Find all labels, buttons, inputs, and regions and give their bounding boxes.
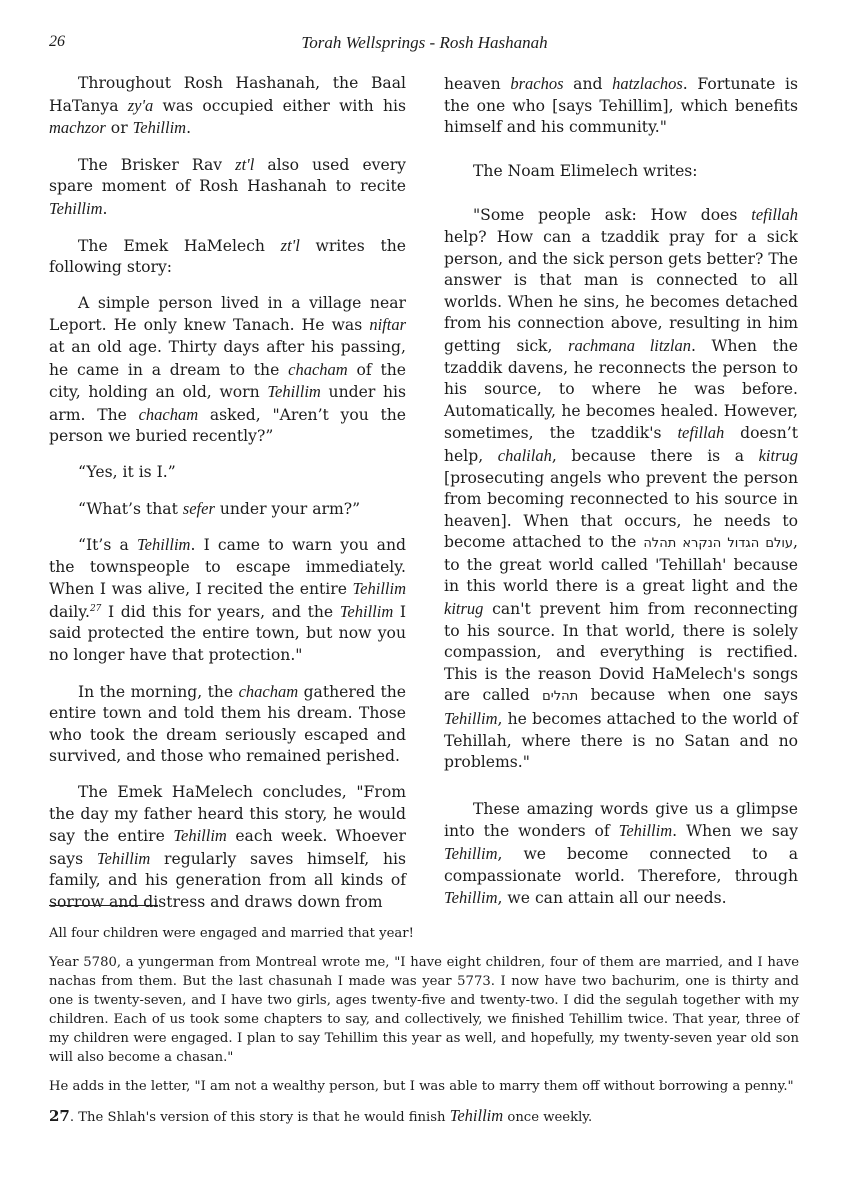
footnote-all-four-children: All four children were engaged and marri… [49, 924, 799, 943]
footnote-27: 27. The Shlah's version of this story is… [49, 1106, 799, 1127]
paragraph-emek-concludes: The Emek HaMelech concludes, "From the d… [49, 782, 406, 914]
footnote-number: 27 [49, 1107, 70, 1125]
hebrew-tehillim: תהלים [542, 689, 578, 704]
paragraph-story: A simple person lived in a village near … [49, 293, 406, 448]
footnote-ref-27[interactable]: 27 [90, 604, 101, 614]
paragraph-continuation: heaven brachos and hatzlachos. Fortunate… [444, 73, 798, 139]
footnote-montreal-letter: Year 5780, a yungerman from Montreal wro… [49, 953, 799, 1067]
footnote-divider [49, 905, 158, 906]
footnote-adds-in-letter: He adds in the letter, "I am not a wealt… [49, 1077, 799, 1096]
paragraph-amazing-words: These amazing words give us a glimpse in… [444, 799, 798, 910]
paragraph-in-the-morning: In the morning, the chacham gathered the… [49, 681, 406, 768]
paragraph-whats-that-sefer: “What’s that sefer under your arm?” [49, 498, 406, 521]
hebrew-olam-hagadol: עולם הגדול הנקרא תהלה [643, 536, 793, 551]
footnotes: All four children were engaged and marri… [49, 924, 799, 1137]
paragraph-baal-hatanya: Throughout Rosh Hashanah, the Baal HaTan… [49, 73, 406, 140]
paragraph-noam-elimelech-intro: The Noam Elimelech writes: [444, 161, 798, 183]
paragraph-brisker-rav: The Brisker Rav zt'l also used every spa… [49, 154, 406, 221]
page-header: 26 Torah Wellsprings - Rosh Hashanah [0, 33, 849, 59]
left-column: Throughout Rosh Hashanah, the Baal HaTan… [49, 73, 406, 928]
running-title: Torah Wellsprings - Rosh Hashanah [0, 33, 849, 53]
paragraph-noam-elimelech-quote: "Some people ask: How does tefillah help… [444, 204, 798, 773]
paragraph-emek-hamelech-intro: The Emek HaMelech zt'l writes the follow… [49, 235, 406, 279]
paragraph-its-a-tehillim: “It’s a Tehillim. I came to warn you and… [49, 534, 406, 667]
right-column: heaven brachos and hatzlachos. Fortunate… [444, 73, 798, 924]
paragraph-yes-it-is-i: “Yes, it is I.” [49, 462, 406, 484]
